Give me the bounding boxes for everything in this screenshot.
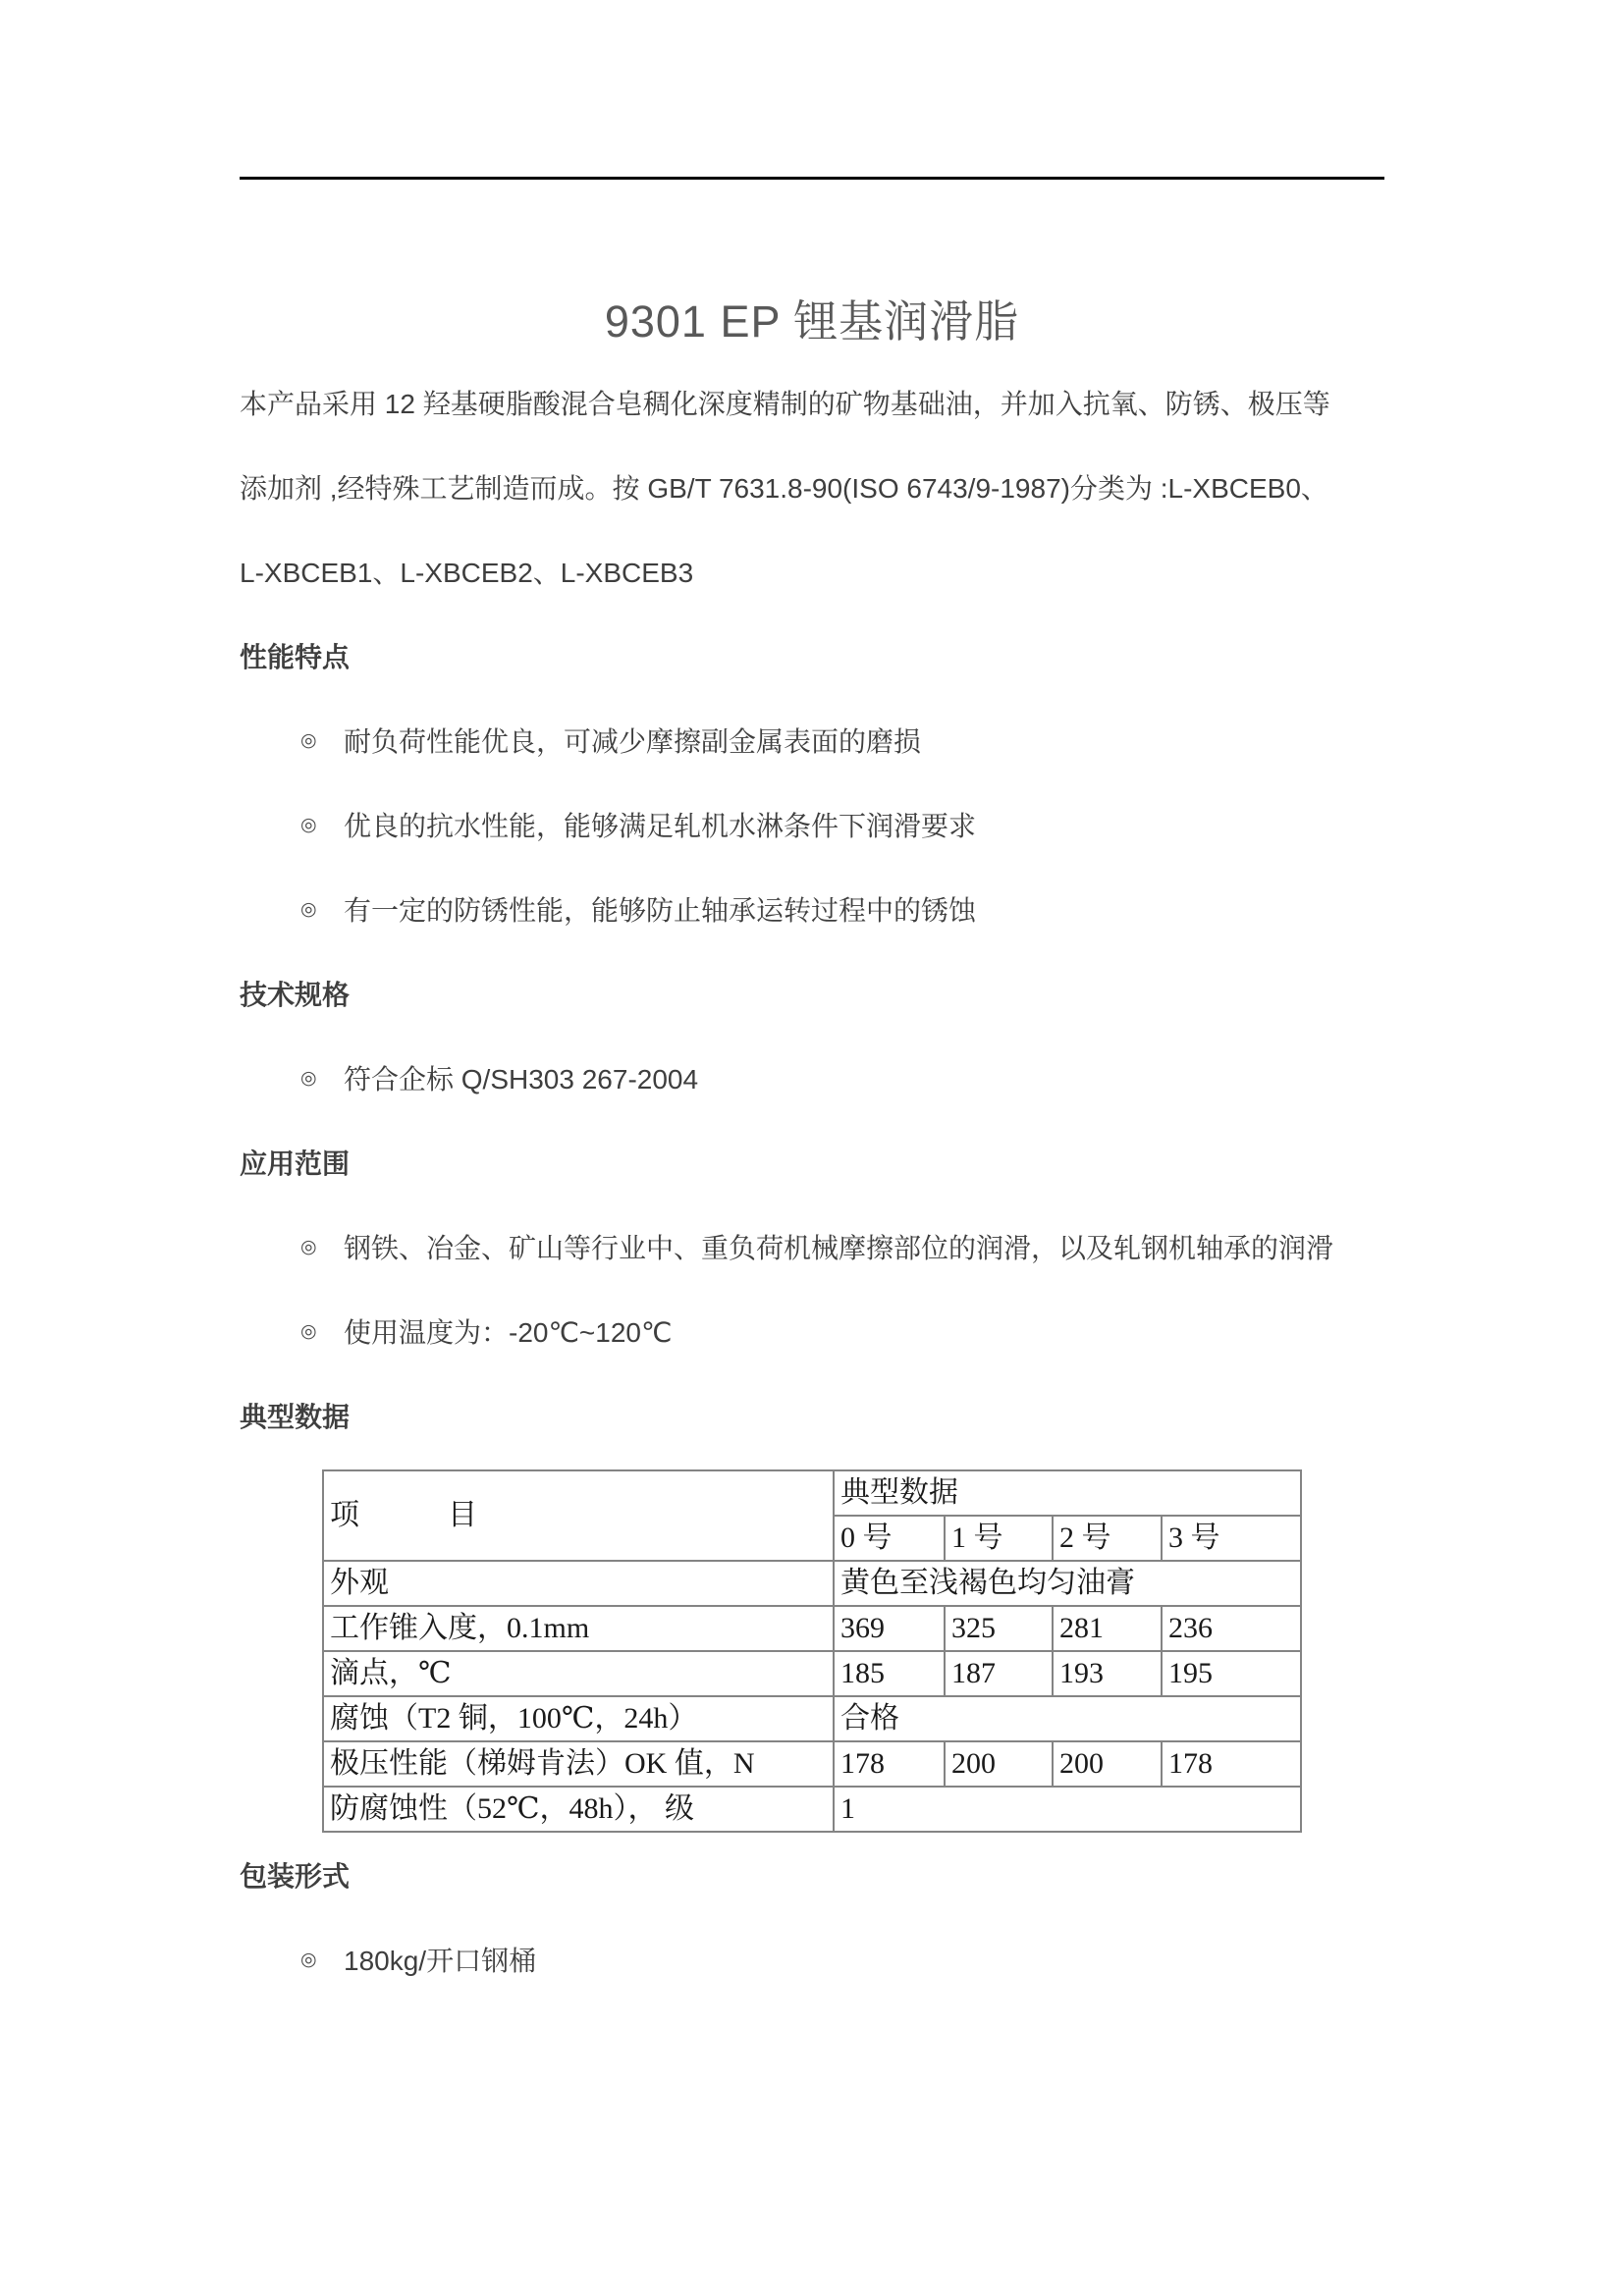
list-item: ◎ 有一定的防锈性能，能够防止轴承运转过程中的锈蚀 <box>240 867 1384 951</box>
table-cell-label: 外观 <box>323 1561 834 1606</box>
table-row: 工作锥入度，0.1mm 369 325 281 236 <box>323 1606 1301 1651</box>
list-item-text: 钢铁、冶金、矿山等行业中、重负荷机械摩擦部位的润滑，以及轧钢机轴承的润滑 <box>344 1227 1333 1266</box>
bullet-icon: ◎ <box>300 1236 344 1258</box>
table-cell-label: 工作锥入度，0.1mm <box>323 1606 834 1651</box>
intro-paragraph: 本产品采用 12 羟基硬脂酸混合皂稠化深度精制的矿物基础油，并加入抗氧、防锈、极… <box>240 360 1384 614</box>
table-cell-value: 178 <box>1162 1741 1301 1787</box>
table-cell-value: 195 <box>1162 1651 1301 1696</box>
list-item-text: 符合企标 Q/SH303 267-2004 <box>344 1058 698 1097</box>
table-cell-value: 187 <box>945 1651 1053 1696</box>
table-cell-label: 极压性能（梯姆肯法）OK 值，N <box>323 1741 834 1787</box>
list-item: ◎ 符合企标 Q/SH303 267-2004 <box>240 1036 1384 1120</box>
table-cell-item-header: 项 目 <box>323 1470 834 1561</box>
table-cell-group-header: 典型数据 <box>834 1470 1301 1516</box>
table-cell-label: 防腐蚀性（52℃，48h）， 级 <box>323 1787 834 1832</box>
table-cell-grade: 1 号 <box>945 1516 1053 1561</box>
table-row: 外观 黄色至浅褐色均匀油膏 <box>323 1561 1301 1606</box>
list-item: ◎ 钢铁、冶金、矿山等行业中、重负荷机械摩擦部位的润滑，以及轧钢机轴承的润滑 <box>240 1204 1384 1289</box>
section-heading-features: 性能特点 <box>240 614 1384 698</box>
section-heading-applications: 应用范围 <box>240 1120 1384 1204</box>
table-cell-value: 185 <box>834 1651 945 1696</box>
bullet-icon: ◎ <box>300 1320 344 1343</box>
table-cell-label: 腐蚀（T2 铜，100℃，24h） <box>323 1696 834 1741</box>
table-row: 极压性能（梯姆肯法）OK 值，N 178 200 200 178 <box>323 1741 1301 1787</box>
table-cell-value: 325 <box>945 1606 1053 1651</box>
table-row: 滴点，℃ 185 187 193 195 <box>323 1651 1301 1696</box>
section-heading-packaging: 包装形式 <box>240 1833 1384 1917</box>
bullet-icon: ◎ <box>300 898 344 921</box>
list-item-text: 使用温度为：-20℃~120℃ <box>344 1311 672 1351</box>
list-item: ◎ 使用温度为：-20℃~120℃ <box>240 1289 1384 1373</box>
table-cell-value: 193 <box>1053 1651 1162 1696</box>
list-item-text: 耐负荷性能优良，可减少摩擦副金属表面的磨损 <box>344 721 921 760</box>
table-cell-label: 滴点，℃ <box>323 1651 834 1696</box>
table-cell-value: 200 <box>945 1741 1053 1787</box>
bullet-icon: ◎ <box>300 1067 344 1090</box>
typical-data-table-wrap: 项 目 典型数据 0 号 1 号 2 号 3 号 外观 黄色至浅褐色均匀油膏 <box>322 1469 1384 1833</box>
section-heading-specs: 技术规格 <box>240 951 1384 1036</box>
table-row: 防腐蚀性（52℃，48h）， 级 1 <box>323 1787 1301 1832</box>
section-heading-typical-data: 典型数据 <box>240 1373 1384 1458</box>
bullet-icon: ◎ <box>300 729 344 752</box>
page-title: 9301 EP 锂基润滑脂 <box>240 295 1384 348</box>
intro-line: L-XBCEB1、L-XBCEB2、L-XBCEB3 <box>240 529 1384 614</box>
table-row: 腐蚀（T2 铜，100℃，24h） 合格 <box>323 1696 1301 1741</box>
table-cell-value: 200 <box>1053 1741 1162 1787</box>
top-horizontal-rule <box>240 177 1384 180</box>
table-cell-grade: 2 号 <box>1053 1516 1162 1561</box>
table-cell-grade: 3 号 <box>1162 1516 1301 1561</box>
table-cell-value: 1 <box>834 1787 1301 1832</box>
table-cell-value: 369 <box>834 1606 945 1651</box>
table-cell-value: 合格 <box>834 1696 1301 1741</box>
intro-line: 添加剂 ,经特殊工艺制造而成。按 GB/T 7631.8-90(ISO 6743… <box>240 445 1384 529</box>
bullet-icon: ◎ <box>300 1949 344 1971</box>
table-cell-value: 黄色至浅褐色均匀油膏 <box>834 1561 1301 1606</box>
document-page: 9301 EP 锂基润滑脂 本产品采用 12 羟基硬脂酸混合皂稠化深度精制的矿物… <box>0 0 1624 2296</box>
table-cell-grade: 0 号 <box>834 1516 945 1561</box>
document-content: 9301 EP 锂基润滑脂 本产品采用 12 羟基硬脂酸混合皂稠化深度精制的矿物… <box>0 177 1624 2002</box>
bullet-icon: ◎ <box>300 814 344 836</box>
list-item: ◎ 180kg/开口钢桶 <box>240 1917 1384 2002</box>
list-item-text: 180kg/开口钢桶 <box>344 1940 536 1979</box>
table-cell-value: 281 <box>1053 1606 1162 1651</box>
intro-line: 本产品采用 12 羟基硬脂酸混合皂稠化深度精制的矿物基础油，并加入抗氧、防锈、极… <box>240 360 1384 445</box>
table-cell-value: 178 <box>834 1741 945 1787</box>
table-header-row: 项 目 典型数据 <box>323 1470 1301 1516</box>
typical-data-table: 项 目 典型数据 0 号 1 号 2 号 3 号 外观 黄色至浅褐色均匀油膏 <box>322 1469 1302 1833</box>
list-item-text: 优良的抗水性能，能够满足轧机水淋条件下润滑要求 <box>344 805 976 844</box>
list-item-text: 有一定的防锈性能，能够防止轴承运转过程中的锈蚀 <box>344 889 976 929</box>
table-cell-value: 236 <box>1162 1606 1301 1651</box>
list-item: ◎ 耐负荷性能优良，可减少摩擦副金属表面的磨损 <box>240 698 1384 782</box>
list-item: ◎ 优良的抗水性能，能够满足轧机水淋条件下润滑要求 <box>240 782 1384 867</box>
